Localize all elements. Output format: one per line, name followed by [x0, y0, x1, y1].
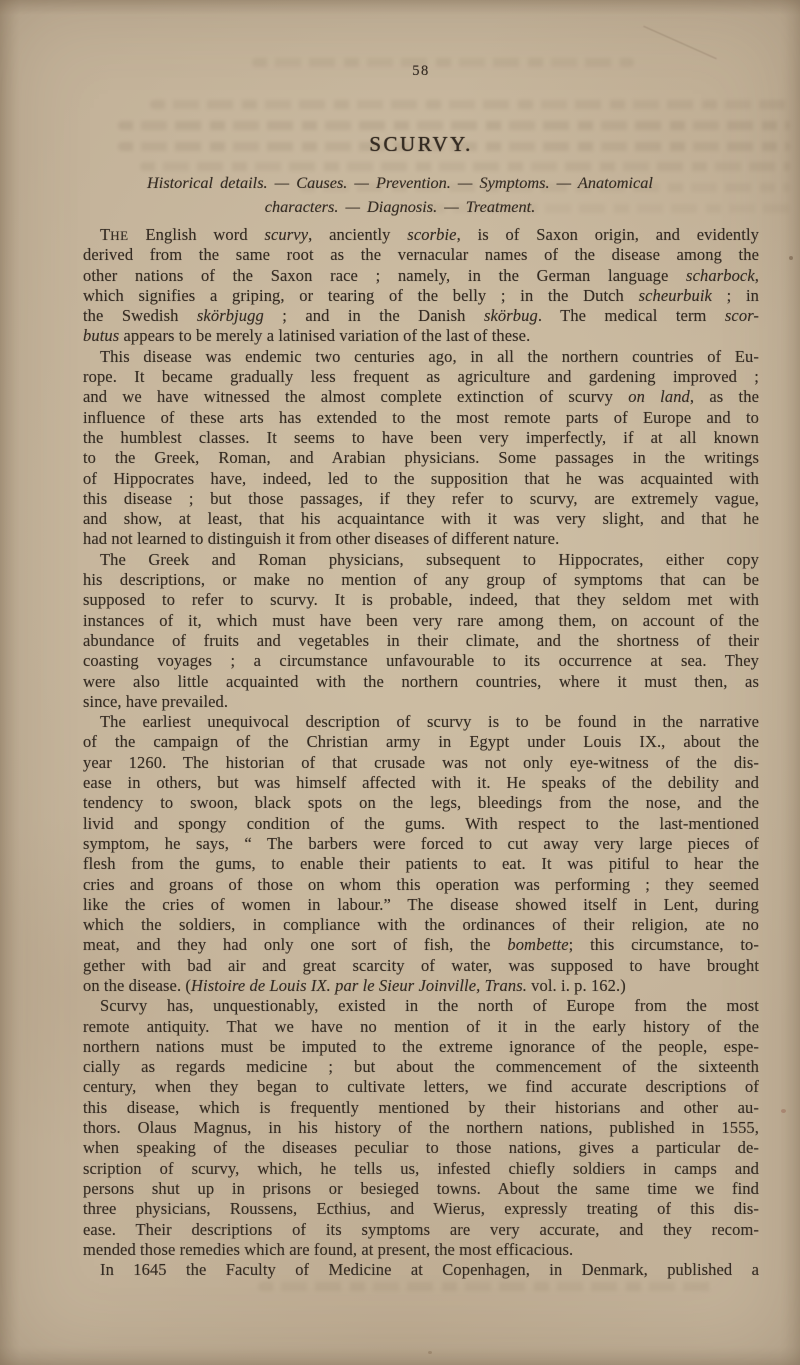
- text-line: ease in others, but was himself affected…: [83, 773, 759, 793]
- text-line: of Hippocrates have, indeed, led to the …: [83, 469, 759, 489]
- text-line: remote antiquity. That we have no mentio…: [83, 1017, 759, 1037]
- text-line: flesh from the gums, to enable their pat…: [83, 854, 759, 874]
- text-line: year 1260. The historian of that crusade…: [83, 753, 759, 773]
- page-title: SCURVY.: [83, 132, 759, 157]
- subtitle-line: characters. — Diagnosis. — Treatment.: [39, 195, 761, 219]
- text-line: gether with bad air and great scarcity o…: [83, 956, 759, 976]
- text-line: and show, at least, that his acquaintanc…: [83, 509, 759, 529]
- page-number: 58: [83, 63, 759, 80]
- text-line: this disease, which is frequently mentio…: [83, 1098, 759, 1118]
- paper-speck: [781, 1109, 786, 1113]
- text-line: to the Greek, Roman, and Arabian physici…: [83, 448, 759, 468]
- showthrough-ghost-line: [118, 121, 790, 130]
- text-line: of the campaign of the Christian army in…: [83, 732, 759, 752]
- text-line: abundance of fruits and vegetables in th…: [83, 631, 759, 651]
- text-line: which signifies a griping, or tearing of…: [83, 286, 759, 306]
- showthrough-ghost-line: [258, 1282, 713, 1291]
- text-line: mended those remedies which are found, a…: [83, 1240, 759, 1260]
- text-line: influence of these arts has extended to …: [83, 408, 759, 428]
- text-line: rope. It became gradually less frequent …: [83, 367, 759, 387]
- paper-scratch: [643, 26, 716, 59]
- text-line: THE English word scurvy, anciently scorb…: [83, 225, 759, 245]
- text-line: The earliest unequivocal description of …: [83, 712, 759, 732]
- text-line: This disease was endemic two centuries a…: [83, 347, 759, 367]
- paper-speck: [428, 1351, 432, 1354]
- book-page-scan: 58 SCURVY. Historical details. — Causes.…: [0, 0, 800, 1365]
- text-line: the humblest classes. It seems to have b…: [83, 428, 759, 448]
- text-line: the Swedish skörbjugg ; and in the Danis…: [83, 306, 759, 326]
- text-line: persons shut up in prisons or besieged t…: [83, 1179, 759, 1199]
- text-line: three physicians, Roussens, Ecthius, and…: [83, 1199, 759, 1219]
- text-line: other nations of the Saxon race ; namely…: [83, 266, 759, 286]
- text-line: scription of scurvy, which, he tells us,…: [83, 1159, 759, 1179]
- text-line: like the cries of women in labour.” The …: [83, 895, 759, 915]
- text-line: meat, and they had only one sort of fish…: [83, 935, 759, 955]
- showthrough-ghost-line: [150, 100, 790, 109]
- text-line: were also little acquainted with the nor…: [83, 672, 759, 692]
- text-line: when speaking of the diseases peculiar t…: [83, 1138, 759, 1158]
- text-line: ease. Their descriptions of its symptoms…: [83, 1220, 759, 1240]
- text-line: supposed to refer to scurvy. It is proba…: [83, 590, 759, 610]
- text-line: coasting voyages ; a circumstance unfavo…: [83, 651, 759, 671]
- showthrough-ghost-line: [140, 162, 790, 171]
- text-line: which the soldiers, in compliance with t…: [83, 915, 759, 935]
- text-line: The Greek and Roman physicians, subseque…: [83, 550, 759, 570]
- text-line: since, have prevailed.: [83, 692, 759, 712]
- text-line: tendency to swoon, black spots on the le…: [83, 793, 759, 813]
- section-subtitle: Historical details. — Causes. — Preventi…: [39, 171, 761, 218]
- body-text: THE English word scurvy, anciently scorb…: [83, 225, 759, 1280]
- text-line: and we have witnessed the almost complet…: [83, 387, 759, 407]
- text-line: cially as regards medicine ; but about t…: [83, 1057, 759, 1077]
- paper-speck: [789, 256, 793, 260]
- text-line: northern nations must be imputed to the …: [83, 1037, 759, 1057]
- text-line: symptom, he says, “ The barbers were for…: [83, 834, 759, 854]
- text-line: livid and spongy condition of the gums. …: [83, 814, 759, 834]
- text-line: instances of it, which must have been ve…: [83, 611, 759, 631]
- text-line: on the disease. (Histoire de Louis IX. p…: [83, 976, 759, 996]
- text-line: had not learned to distinguish it from o…: [83, 529, 759, 549]
- text-line: In 1645 the Faculty of Medicine at Copen…: [83, 1260, 759, 1280]
- subtitle-line: Historical details. — Causes. — Preventi…: [39, 171, 761, 195]
- text-line: his descriptions, or make no mention of …: [83, 570, 759, 590]
- text-line: cries and groans of those on whom this o…: [83, 875, 759, 895]
- text-line: butus appears to be merely a latinised v…: [83, 326, 759, 346]
- text-line: thors. Olaus Magnus, in his history of t…: [83, 1118, 759, 1138]
- text-line: this disease ; but those passages, if th…: [83, 489, 759, 509]
- text-line: Scurvy has, unquestionably, existed in t…: [83, 996, 759, 1016]
- text-line: century, when they began to cultivate le…: [83, 1077, 759, 1097]
- text-line: derived from the same root as the vernac…: [83, 245, 759, 265]
